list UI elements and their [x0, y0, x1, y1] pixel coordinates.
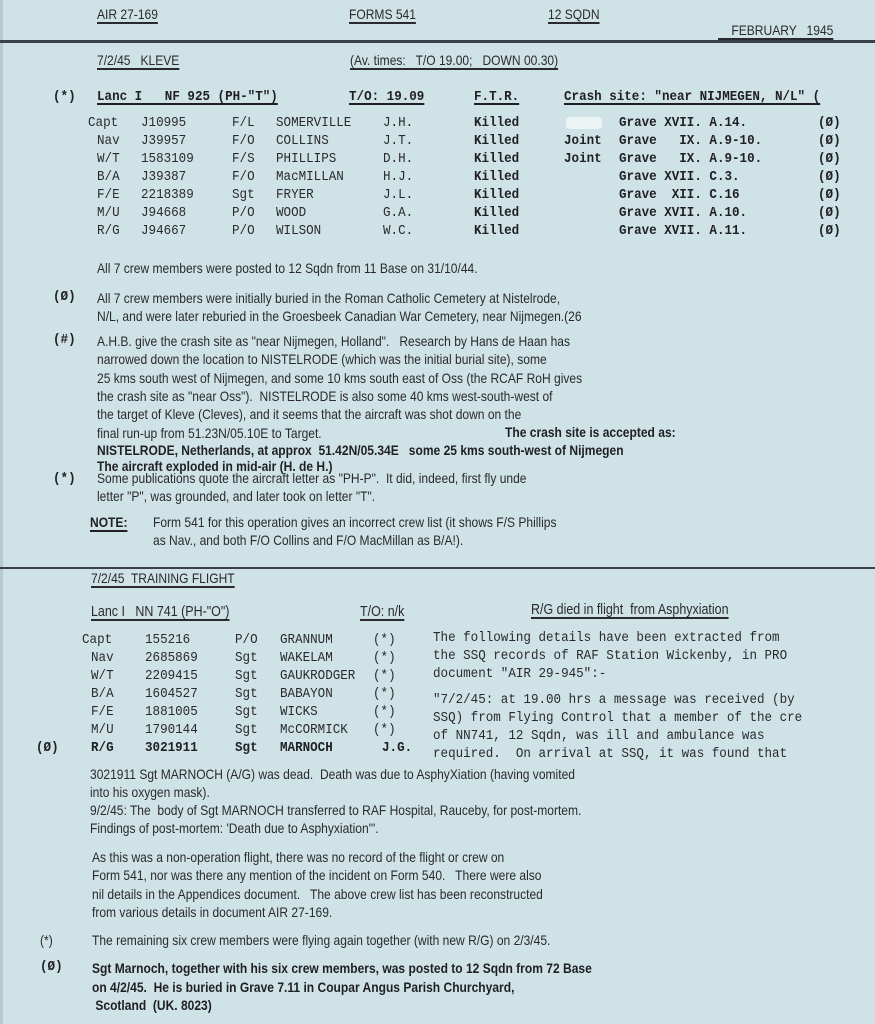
research-line: the target of Kleve (Cleves), and it see…	[97, 406, 521, 422]
crew-service-number: 1604527	[145, 687, 198, 702]
crew-service-number: J94667	[141, 224, 186, 239]
crew-service-number: J39957	[141, 134, 186, 149]
op2-remaining-marker: (*)	[40, 932, 53, 948]
op2-event: R/G died in flight from Asphyxiation	[531, 602, 729, 618]
crew-fate: Killed	[474, 188, 519, 203]
crew-name: COLLINS	[276, 134, 329, 149]
crew-service-number: J94668	[141, 206, 186, 221]
op1-burial-marker: (Ø)	[53, 290, 76, 305]
crew-initials: D.H.	[383, 152, 413, 167]
crew-note-marker: (*)	[373, 651, 396, 666]
crew-rank: F/L	[232, 116, 255, 131]
crew-fate: Killed	[474, 224, 519, 239]
op1-aircraft: Lanc I NF 925 (PH-"T")	[97, 90, 278, 105]
header-reference: AIR 27-169	[97, 6, 158, 22]
crew-note-marker: (Ø)	[818, 116, 841, 131]
crew-grave: Grave IX. A.9-10.	[619, 152, 762, 167]
crew-note-marker: J.G.	[382, 741, 412, 756]
research-line: final run-up from 51.23N/05.10E to Targe…	[97, 425, 322, 441]
crew-name: GAUKRODGER	[280, 669, 355, 684]
crew-grave: Grave XVII. A.10.	[619, 206, 747, 221]
crew-initials: J.T.	[383, 134, 413, 149]
crew-service-number: J10995	[141, 116, 186, 131]
crew-service-number: J39387	[141, 170, 186, 185]
crew-note-marker: (*)	[373, 705, 396, 720]
op1-posted-note: All 7 crew members were posted to 12 Sqd…	[97, 260, 478, 276]
crew-note-marker: (*)	[373, 633, 396, 648]
crew-service-number: 1881005	[145, 705, 198, 720]
crew-fate: Killed	[474, 152, 519, 167]
op1-burial-line-1: All 7 crew members were initially buried…	[97, 290, 560, 306]
header-rule	[0, 40, 875, 43]
crew-grave-prefix: Joint	[564, 152, 602, 167]
crew-service-number: 1583109	[141, 152, 194, 167]
research-line: 25 kms south west of Nijmegen, and some …	[97, 370, 582, 386]
research-line: the crash site as "near Oss"). NISTELROD…	[97, 388, 553, 404]
crew-grave: Grave XVII. A.11.	[619, 224, 747, 239]
crew-role: B/A	[97, 170, 120, 185]
ssq-quote-line: of NN741, 12 Sqdn, was ill and ambulance…	[433, 729, 765, 744]
ssq-continuation-line: Findings of post-mortem: 'Death due to A…	[90, 820, 379, 836]
crew-rank: Sgt	[232, 188, 255, 203]
crew-role: F/E	[91, 705, 114, 720]
op1-letter-line-2: letter "P", was grounded, and later took…	[97, 488, 375, 504]
crew-grave-prefix: Joint	[564, 134, 602, 149]
crew-rank: F/S	[232, 152, 255, 167]
op1-note-line-1: Form 541 for this operation gives an inc…	[153, 514, 556, 530]
ssq-continuation-line: into his oxygen mask).	[90, 784, 210, 800]
ssq-continuation-line: 9/2/45: The body of Sgt MARNOCH transfer…	[90, 802, 581, 818]
crew-fate: Killed	[474, 206, 519, 221]
crew-fate: Killed	[474, 170, 519, 185]
crew-row-marker: (Ø)	[36, 741, 59, 756]
research-line: narrowed down the location to NISTELRODE…	[97, 351, 547, 367]
crew-rank: Sgt	[235, 687, 258, 702]
op2-remaining-note: The remaining six crew members were flyi…	[92, 932, 550, 948]
crew-grave: Grave XII. C.16	[619, 188, 740, 203]
crew-name: WICKS	[280, 705, 318, 720]
op1-burial-line-2: N/L, and were later reburied in the Groe…	[97, 308, 582, 324]
section-rule	[0, 567, 875, 569]
crew-name: FRYER	[276, 188, 314, 203]
crew-name: WOOD	[276, 206, 306, 221]
crew-name: BABAYON	[280, 687, 333, 702]
crew-note-marker: (*)	[373, 687, 396, 702]
ssq-intro-line: document "AIR 29-945":-	[433, 667, 606, 682]
crew-role: Nav	[91, 651, 114, 666]
ssq-quote-line: "7/2/45: at 19.00 hrs a message was rece…	[433, 693, 795, 708]
crew-role: F/E	[97, 188, 120, 203]
crew-service-number: 3021911	[145, 741, 198, 756]
crew-rank: F/O	[232, 134, 255, 149]
op1-status: F.T.R.	[474, 90, 519, 105]
crew-role: B/A	[91, 687, 114, 702]
crew-initials: W.C.	[383, 224, 413, 239]
crew-note-marker: (Ø)	[818, 224, 841, 239]
crew-note-marker: (Ø)	[818, 206, 841, 221]
crew-role: R/G	[91, 741, 114, 756]
crew-rank: P/O	[232, 206, 255, 221]
op1-note-label: NOTE:	[90, 514, 127, 530]
crew-rank: Sgt	[235, 723, 258, 738]
crew-note-marker: (Ø)	[818, 170, 841, 185]
crew-initials: J.H.	[383, 116, 413, 131]
op2-date-title: 7/2/45 TRAINING FLIGHT	[91, 570, 235, 586]
crew-grave: Grave XVII. A.14.	[619, 116, 747, 131]
op1-research-marker: (#)	[53, 333, 76, 348]
op2-takeoff: T/O: n/k	[360, 604, 404, 620]
crew-initials: J.L.	[383, 188, 413, 203]
marnoch-line: Sgt Marnoch, together with his six crew …	[92, 960, 592, 976]
op1-crash-site: Crash site: "near NIJMEGEN, N/L" (	[564, 90, 820, 105]
research-line: A.H.B. give the crash site as "near Nijm…	[97, 333, 570, 349]
crew-rank: Sgt	[235, 651, 258, 666]
correction-blot	[566, 117, 602, 129]
nonop-line: nil details in the Appendices document. …	[92, 886, 543, 902]
crew-role: Capt	[88, 116, 118, 131]
crew-role: Nav	[97, 134, 120, 149]
nonop-line: Form 541, nor was there any mention of t…	[92, 867, 542, 883]
header-squadron: 12 SQDN	[548, 6, 600, 22]
crew-rank: P/O	[235, 633, 258, 648]
op1-takeoff: T/O: 19.09	[349, 90, 424, 105]
crew-name: McCORMICK	[280, 723, 348, 738]
ssq-intro-line: the SSQ records of RAF Station Wickenby,…	[433, 649, 787, 664]
op1-date-target: 7/2/45 KLEVE	[97, 52, 179, 68]
nonop-line: As this was a non-operation flight, ther…	[92, 849, 504, 865]
op1-letter-line-1: Some publications quote the aircraft let…	[97, 470, 527, 486]
document-page: AIR 27-169 FORMS 541 12 SQDN FEBRUARY 19…	[0, 0, 875, 1024]
header-year: 1945	[807, 22, 834, 38]
op2-aircraft: Lanc I NN 741 (PH-"O")	[91, 604, 229, 620]
research-bold-tail: The crash site is accepted as:	[505, 424, 676, 440]
crew-role: W/T	[97, 152, 120, 167]
crew-name: GRANNUM	[280, 633, 333, 648]
crew-name: SOMERVILLE	[276, 116, 351, 131]
nonop-line: from various details in document AIR 27-…	[92, 904, 332, 920]
crew-fate: Killed	[474, 116, 519, 131]
crew-rank: Sgt	[235, 669, 258, 684]
crew-rank: F/O	[232, 170, 255, 185]
ssq-intro-line: The following details have been extracte…	[433, 631, 780, 646]
crew-rank: P/O	[232, 224, 255, 239]
crew-role: M/U	[91, 723, 114, 738]
crew-service-number: 1790144	[145, 723, 198, 738]
crew-rank: Sgt	[235, 705, 258, 720]
crew-grave: Grave XVII. C.3.	[619, 170, 740, 185]
crew-note-marker: (Ø)	[818, 152, 841, 167]
crew-service-number: 2685869	[145, 651, 198, 666]
crew-note-marker: (*)	[373, 723, 396, 738]
crew-role: Capt	[82, 633, 112, 648]
crew-name: MARNOCH	[280, 741, 333, 756]
op1-av-times: (Av. times: T/O 19.00; DOWN 00.30)	[350, 52, 558, 68]
crew-name: PHILLIPS	[276, 152, 336, 167]
crew-note-marker: (Ø)	[818, 134, 841, 149]
crew-fate: Killed	[474, 134, 519, 149]
marnoch-line: on 4/2/45. He is buried in Grave 7.11 in…	[92, 979, 514, 995]
ssq-continuation-line: 3021911 Sgt MARNOCH (A/G) was dead. Deat…	[90, 766, 575, 782]
crew-name: WAKELAM	[280, 651, 333, 666]
crew-note-marker: (Ø)	[818, 188, 841, 203]
op2-marnoch-marker: (Ø)	[40, 960, 63, 975]
crew-name: WILSON	[276, 224, 321, 239]
crew-note-marker: (*)	[373, 669, 396, 684]
header-month: FEBRUARY	[731, 22, 796, 38]
marnoch-line: Scotland (UK. 8023)	[92, 997, 212, 1013]
crew-service-number: 2209415	[145, 669, 198, 684]
research-bold-line: NISTELRODE, Netherlands, at approx 51.42…	[97, 442, 624, 458]
ssq-quote-line: SSQ) from Flying Control that a member o…	[433, 711, 802, 726]
op1-letter-marker: (*)	[53, 472, 76, 487]
header-form: FORMS 541	[349, 6, 416, 22]
header-month-year: FEBRUARY 1945	[718, 6, 833, 54]
crew-grave: Grave IX. A.9-10.	[619, 134, 762, 149]
crew-initials: H.J.	[383, 170, 413, 185]
op1-note-line-2: as Nav., and both F/O Collins and F/O Ma…	[153, 532, 463, 548]
page-edge	[0, 0, 3, 1024]
crew-initials: G.A.	[383, 206, 413, 221]
crew-role: W/T	[91, 669, 114, 684]
crew-name: MacMILLAN	[276, 170, 344, 185]
ssq-quote-line: required. On arrival at SSQ, it was foun…	[433, 747, 787, 762]
op1-marker: (*)	[53, 90, 76, 105]
crew-role: M/U	[97, 206, 120, 221]
crew-rank: Sgt	[235, 741, 258, 756]
crew-service-number: 155216	[145, 633, 190, 648]
crew-role: R/G	[97, 224, 120, 239]
crew-service-number: 2218389	[141, 188, 194, 203]
